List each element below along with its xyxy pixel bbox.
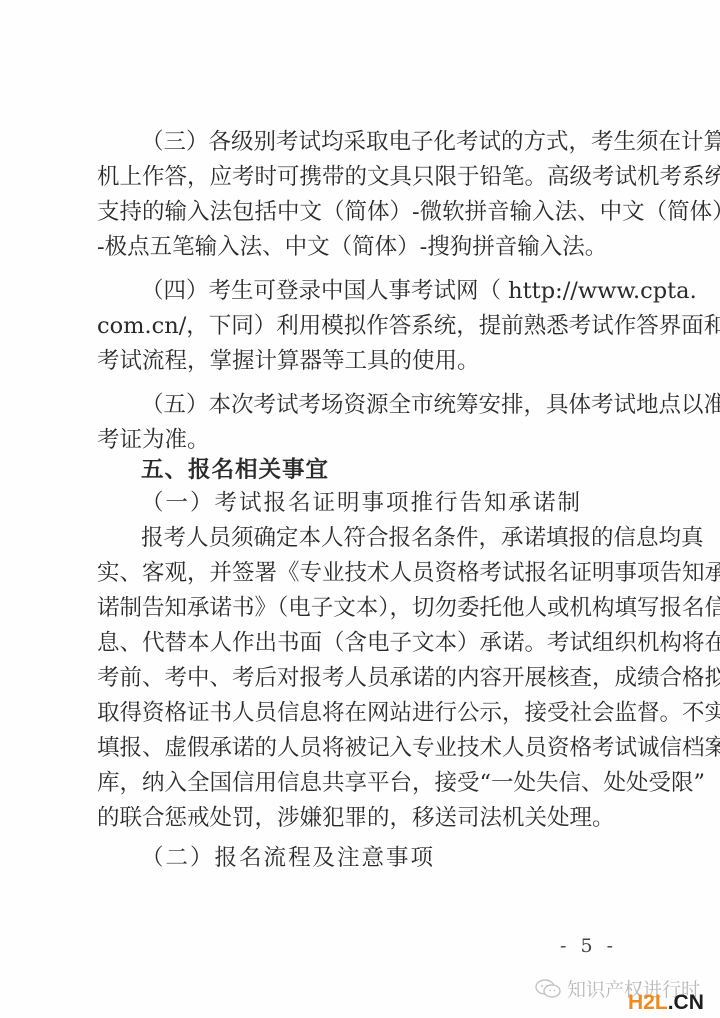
text-line: 考证为准。 (97, 427, 633, 453)
subsection-heading: （二）报名流程及注意事项 (141, 845, 633, 871)
logo-cn: .CN (668, 991, 704, 1014)
wechat-icon (535, 979, 561, 999)
logo-h2l: H2L (628, 991, 668, 1014)
site-logo: H2L.CN (628, 991, 704, 1015)
text-line: 实、客观，并签署《专业技术人员资格考试报名证明事项告知承 (97, 560, 633, 586)
document-page: （三）各级别考试均采取电子化考试的方式，考生须在计算机上作答，应考时可携带的文具… (0, 0, 720, 1018)
text-line: 诺制告知承诺书》（电子文本），切勿委托他人或机构填写报名信 (97, 595, 633, 621)
text-line: 息、代替本人作出书面（含电子文本）承诺。考试组织机构将在 (97, 630, 633, 656)
text-line: （四）考生可登录中国人事考试网（ http://www.cpta. (141, 278, 633, 304)
text-line: （三）各级别考试均采取电子化考试的方式，考生须在计算 (141, 129, 633, 155)
text-line: 机上作答，应考时可携带的文具只限于铅笔。高级考试机考系统 (97, 164, 633, 190)
subsection-heading: （一）考试报名证明事项推行告知承诺制 (141, 490, 633, 516)
page-number: - 5 - (560, 935, 617, 957)
text-line: -极点五笔输入法、中文（简体）-搜狗拼音输入法。 (97, 234, 633, 260)
text-line: 报考人员须确定本人符合报名条件，承诺填报的信息均真 (141, 525, 633, 551)
text-line: 库，纳入全国信用信息共享平台，接受“一处失信、处处受限” (97, 770, 633, 796)
section-heading: 五、报名相关事宜 (141, 457, 633, 483)
text-line: 填报、虚假承诺的人员将被记入专业技术人员资格考试诚信档案 (97, 735, 633, 761)
text-line: 考试流程，掌握计算器等工具的使用。 (97, 348, 633, 374)
text-line: （五）本次考试考场资源全市统筹安排，具体考试地点以准 (141, 392, 633, 418)
text-line: com.cn/，下同）利用模拟作答系统，提前熟悉考试作答界面和 (97, 313, 633, 339)
text-line: 支持的输入法包括中文（简体）-微软拼音输入法、中文（简体） (97, 199, 633, 225)
text-line: 的联合惩戒处罚，涉嫌犯罪的，移送司法机关处理。 (97, 805, 633, 831)
text-line: 取得资格证书人员信息将在网站进行公示，接受社会监督。不实 (97, 700, 633, 726)
text-line: 考前、考中、考后对报考人员承诺的内容开展核查，成绩合格拟 (97, 665, 633, 691)
